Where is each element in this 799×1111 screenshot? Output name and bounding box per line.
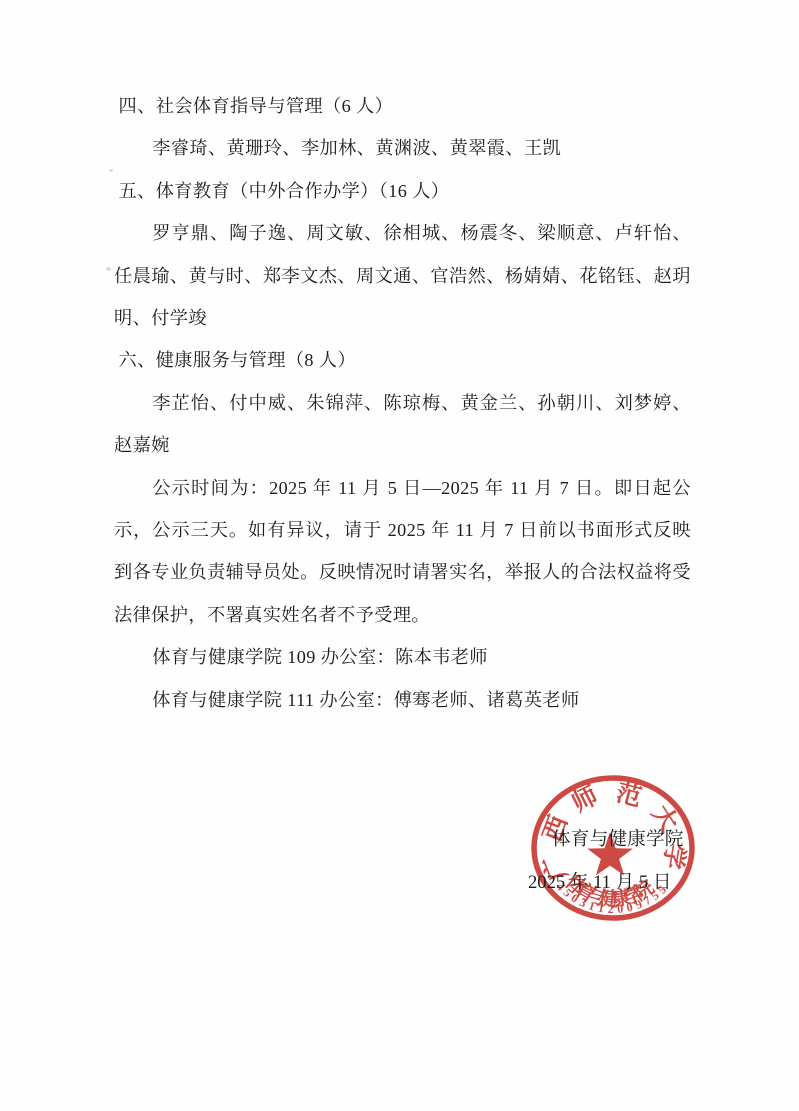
signature-date: 2025 年 11 月 5 日	[528, 868, 671, 894]
contact-line-office-111: 体育与健康学院 111 办公室：傅骞老师、诸葛英老师	[114, 679, 691, 721]
section-6-heading: 六、健康服务与管理（8 人）	[114, 339, 691, 381]
document-body: 四、社会体育指导与管理（6 人） 李睿琦、黄珊玲、李加林、黄渊波、黄翠霞、王凯 …	[114, 85, 691, 721]
scan-speck	[109, 169, 113, 172]
section-4-names: 李睿琦、黄珊玲、李加林、黄渊波、黄翠霞、王凯	[114, 127, 691, 169]
section-4-heading: 四、社会体育指导与管理（6 人）	[114, 85, 691, 127]
seal-code-digit: 1	[597, 901, 605, 916]
section-5-heading: 五、体育教育（中外合作办学）（16 人）	[114, 170, 691, 212]
section-5-names: 罗亨鼎、陶子逸、周文敏、徐相城、杨震冬、梁顺意、卢轩怡、任晨瑜、黄与时、郑李文杰…	[114, 212, 691, 339]
section-6-names: 李芷怡、付中威、朱锦萍、陈琼梅、黄金兰、孙朝川、刘梦婷、赵嘉婉	[114, 382, 691, 467]
notice-paragraph: 公示时间为：2025 年 11 月 5 日—2025 年 11 月 7 日。即日…	[114, 467, 691, 637]
signature-org: 体育与健康学院	[552, 825, 684, 851]
seal-code-digit: 2	[607, 902, 613, 916]
document-page: 四、社会体育指导与管理（6 人） 李睿琦、黄珊玲、李加林、黄渊波、黄翠霞、王凯 …	[0, 0, 799, 1111]
scan-speck	[106, 267, 111, 271]
contact-line-office-109: 体育与健康学院 109 办公室：陈本韦老师	[114, 636, 691, 678]
